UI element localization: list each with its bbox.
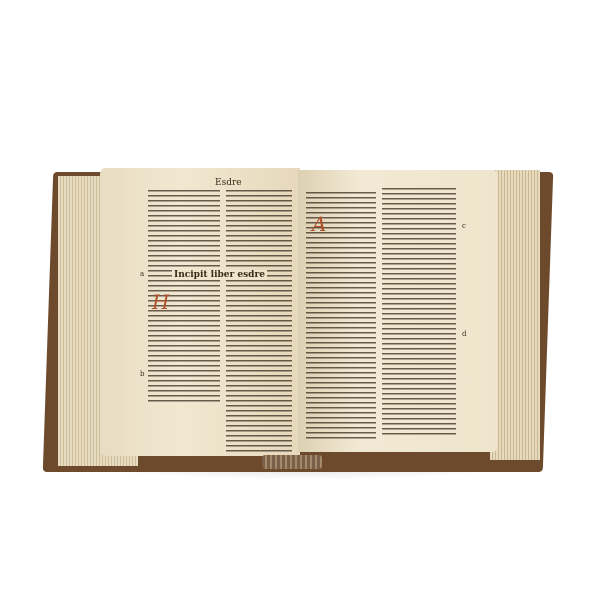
margin-marker: b	[140, 370, 144, 378]
left-page-column-2	[226, 190, 292, 452]
margin-marker: d	[462, 330, 466, 338]
margin-marker: c	[462, 222, 466, 230]
rubricated-initial-left: H	[152, 290, 169, 314]
section-heading: Incipit liber esdre	[172, 270, 267, 280]
margin-marker: a	[140, 270, 144, 278]
right-page-column-2	[382, 188, 456, 438]
rubricated-initial-right: A	[312, 212, 326, 236]
book-spine-headband	[262, 455, 322, 469]
running-head: Esdre	[215, 178, 242, 188]
photo-stage: Esdre Incipit liber esdre H A a b c d	[0, 0, 600, 600]
